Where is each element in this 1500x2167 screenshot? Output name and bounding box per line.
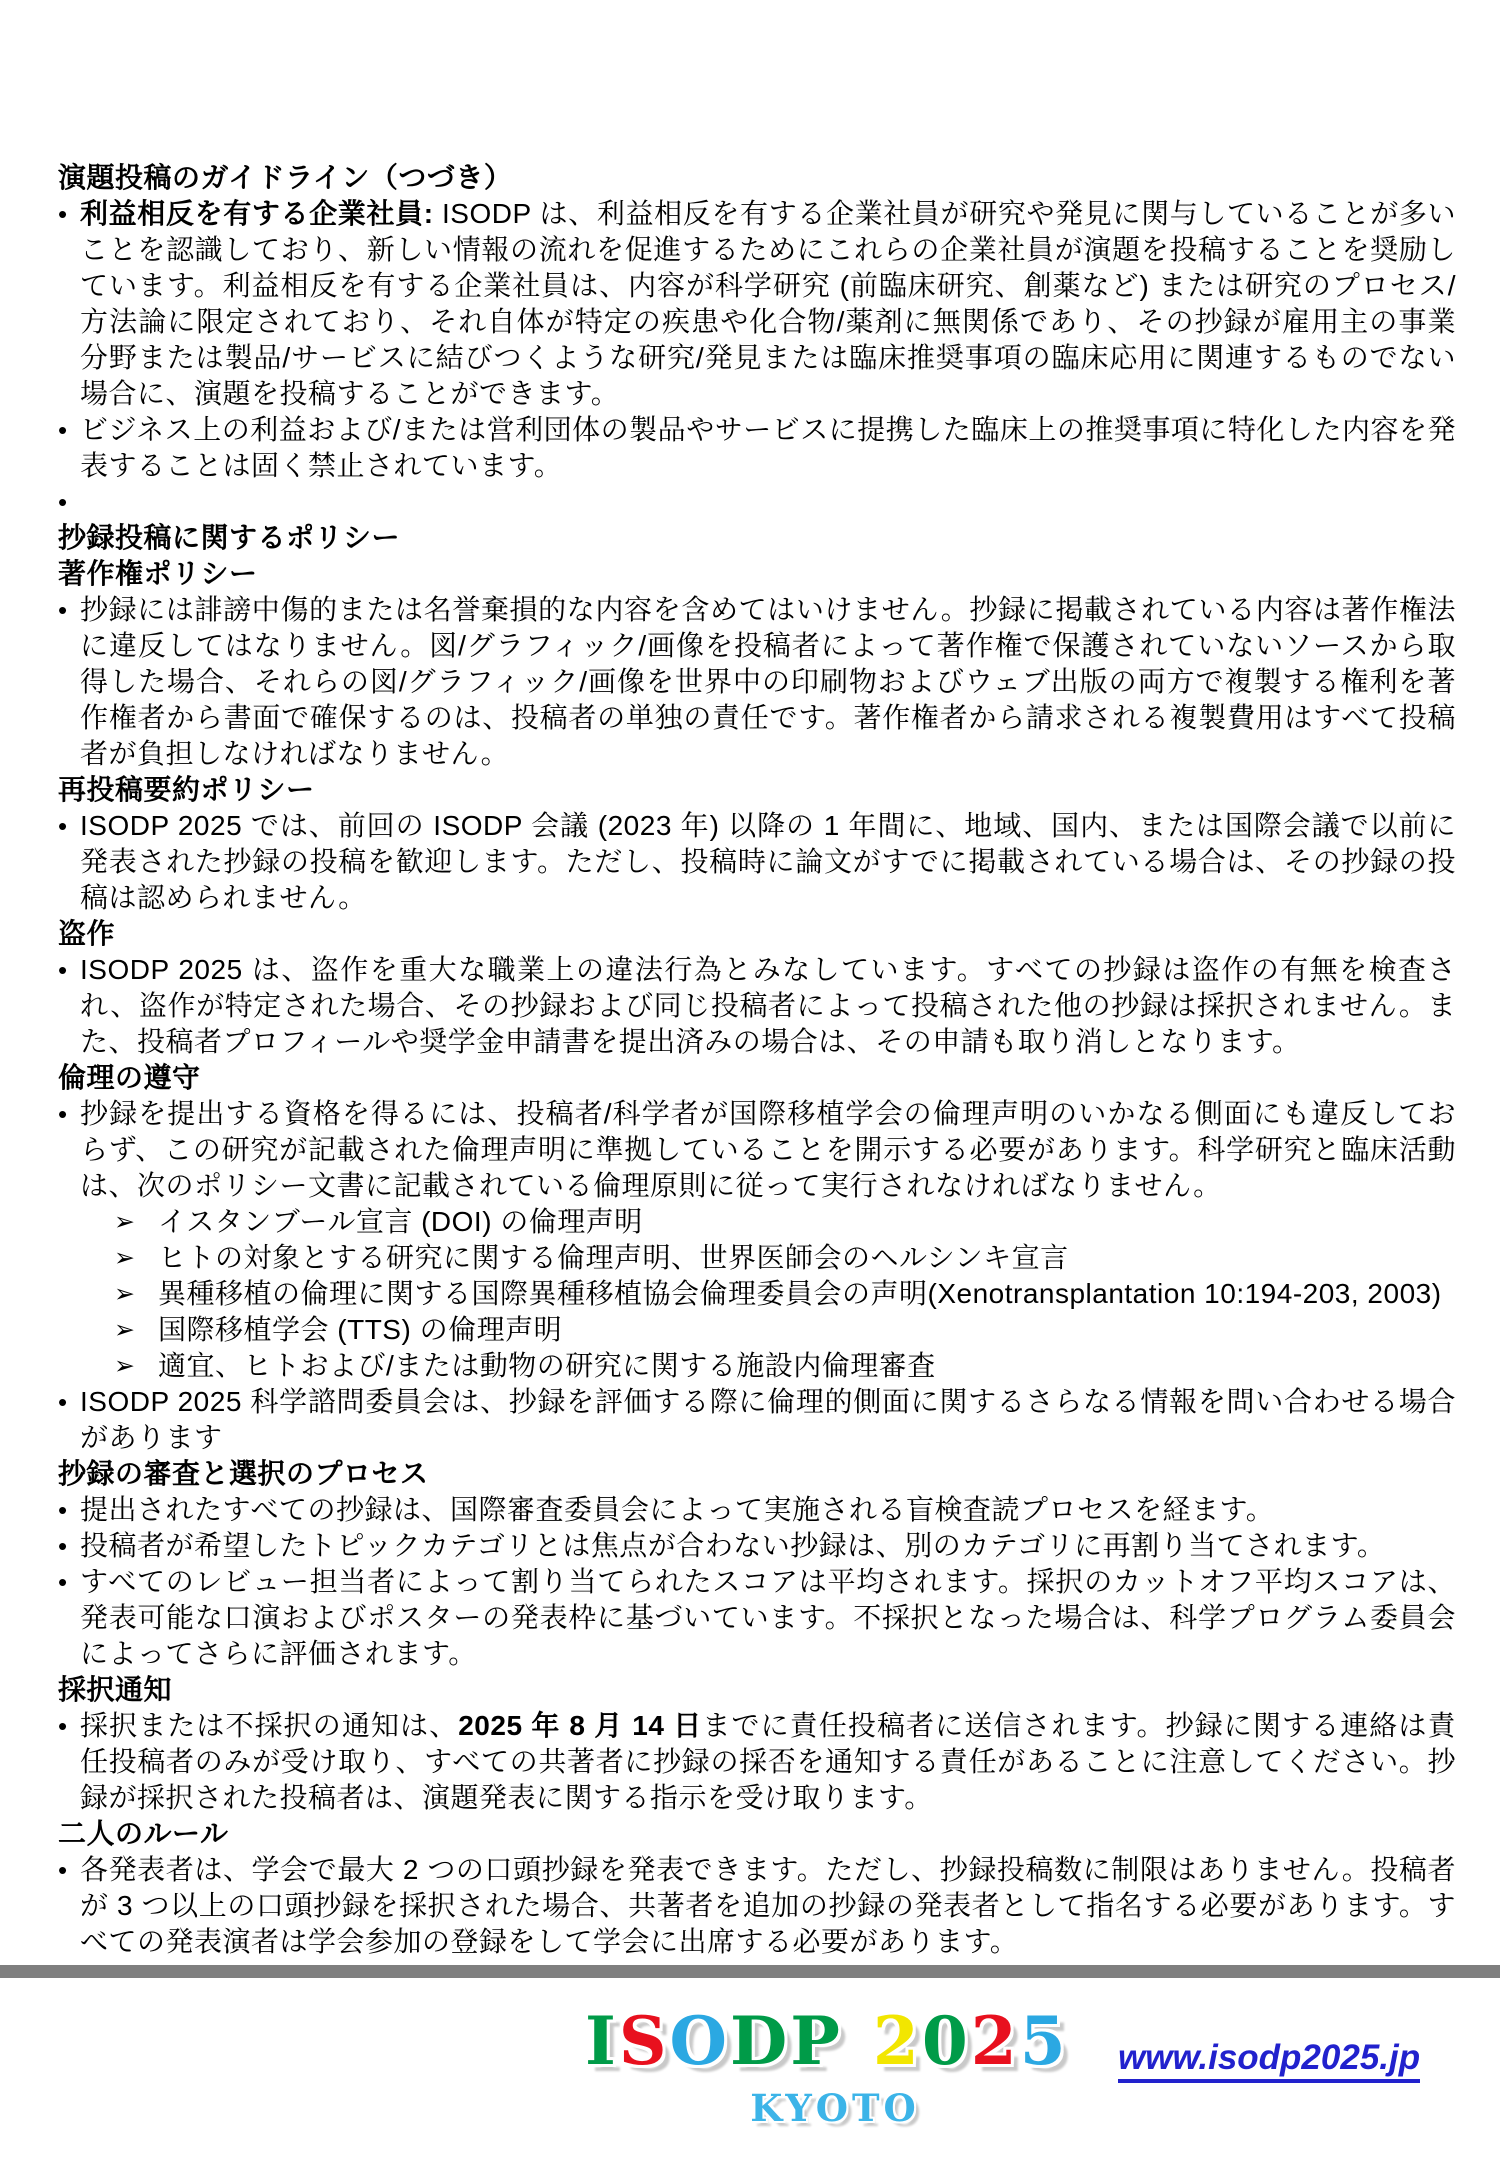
bullet-icon: • xyxy=(58,952,80,1060)
bullet-two-rule: • 各発表者は、学会で最大 2 つの口頭抄録を発表できます。ただし、抄録投稿数に… xyxy=(58,1852,1456,1960)
arrow-text: 異種移植の倫理に関する国際異種移植協会倫理委員会の声明(Xenotranspla… xyxy=(158,1276,1456,1312)
bullet-ethics-note: • ISODP 2025 科学諮問委員会は、抄録を評価する際に倫理的側面に関する… xyxy=(58,1384,1456,1456)
logo-letter: 2 xyxy=(971,2002,1020,2080)
heading-abstract-policy: 抄録投稿に関するポリシー xyxy=(58,520,1456,556)
heading-ethics: 倫理の遵守 xyxy=(58,1060,1456,1096)
heading-copyright: 著作権ポリシー xyxy=(58,556,1456,592)
arrow-item-istanbul: ➢ イスタンブール宣言 (DOI) の倫理声明 xyxy=(114,1204,1456,1240)
bullet-text: 利益相反を有する企業社員: ISODP は、利益相反を有する企業社員が研究や発見… xyxy=(80,196,1456,412)
document-page: 演題投稿のガイドライン（つづき） • 利益相反を有する企業社員: ISODP は… xyxy=(0,0,1500,2167)
bullet-text: すべてのレビュー担当者によって割り当てられたスコアは平均されます。採択のカットオ… xyxy=(80,1564,1456,1672)
bullet-icon: • xyxy=(58,592,80,772)
divider-bar xyxy=(0,1965,1500,1978)
heading-resubmission: 再投稿要約ポリシー xyxy=(58,772,1456,808)
arrow-text: 適宜、ヒトおよび/または動物の研究に関する施設内倫理審査 xyxy=(158,1348,1456,1384)
coi-lead: 利益相反を有する企業社員: xyxy=(80,198,434,229)
arrow-item-xeno: ➢ 異種移植の倫理に関する国際異種移植協会倫理委員会の声明(Xenotransp… xyxy=(114,1276,1456,1312)
arrow-icon: ➢ xyxy=(114,1204,158,1240)
bullet-icon: • xyxy=(58,1528,80,1564)
document-body: 演題投稿のガイドライン（つづき） • 利益相反を有する企業社員: ISODP は… xyxy=(58,160,1456,1960)
logo-letter: P xyxy=(790,2002,843,2080)
arrow-icon: ➢ xyxy=(114,1312,158,1348)
isodp-2025-logo: ISODP2025 xyxy=(585,2002,1085,2080)
bullet-text: 抄録には誹謗中傷的または名誉棄損的な内容を含めてはいけません。抄録に掲載されてい… xyxy=(80,592,1456,772)
bullet-text: 提出されたすべての抄録は、国際審査委員会によって実施される盲検査読プロセスを経ま… xyxy=(80,1492,1456,1528)
logo-letter: S xyxy=(619,2002,670,2080)
heading-two-rule: 二人のルール xyxy=(58,1816,1456,1852)
bullet-coi: • 利益相反を有する企業社員: ISODP は、利益相反を有する企業社員が研究や… xyxy=(58,196,1456,412)
logo-letter: O xyxy=(670,2002,731,2080)
bullet-text: ISODP 2025 は、盗作を重大な職業上の違法行為とみなしています。すべての… xyxy=(80,952,1456,1060)
bullet-resubmission: • ISODP 2025 では、前回の ISODP 会議 (2023 年) 以降… xyxy=(58,808,1456,916)
logo-letter: 5 xyxy=(1020,2002,1069,2080)
logo-letter: I xyxy=(585,2002,619,2080)
notification-date: 2025 年 8 月 14 日 xyxy=(458,1710,702,1741)
arrow-item-tts: ➢ 国際移植学会 (TTS) の倫理声明 xyxy=(114,1312,1456,1348)
heading-guidelines: 演題投稿のガイドライン（つづき） xyxy=(58,160,1456,196)
bullet-icon: • xyxy=(58,196,80,412)
logo-letter: 0 xyxy=(922,2002,971,2080)
bullet-review-1: • 提出されたすべての抄録は、国際審査委員会によって実施される盲検査読プロセスを… xyxy=(58,1492,1456,1528)
bullet-text: 各発表者は、学会で最大 2 つの口頭抄録を発表できます。ただし、抄録投稿数に制限… xyxy=(80,1852,1456,1960)
kyoto-label: KYOTO xyxy=(585,2086,1085,2130)
bullet-copyright: • 抄録には誹謗中傷的または名誉棄損的な内容を含めてはいけません。抄録に掲載され… xyxy=(58,592,1456,772)
bullet-text: ISODP 2025 科学諮問委員会は、抄録を評価する際に倫理的側面に関するさら… xyxy=(80,1384,1456,1456)
logo-letter: 2 xyxy=(873,2002,922,2080)
bullet-ethics: • 抄録を提出する資格を得るには、投稿者/科学者が国際移植学会の倫理声明のいかな… xyxy=(58,1096,1456,1204)
heading-plagiarism: 盗作 xyxy=(58,916,1456,952)
bullet-review-3: • すべてのレビュー担当者によって割り当てられたスコアは平均されます。採択のカッ… xyxy=(58,1564,1456,1672)
bullet-icon: • xyxy=(58,484,80,520)
bullet-notification: • 採択または不採択の通知は、2025 年 8 月 14 日までに責任投稿者に送… xyxy=(58,1708,1456,1816)
arrow-icon: ➢ xyxy=(114,1240,158,1276)
bullet-empty: • xyxy=(58,484,1456,520)
arrow-text: ヒトの対象とする研究に関する倫理声明、世界医師会のヘルシンキ宣言 xyxy=(158,1240,1456,1276)
coi-text: ISODP は、利益相反を有する企業社員が研究や発見に関与していることが多いこと… xyxy=(80,198,1456,409)
bullet-text: 採択または不採択の通知は、2025 年 8 月 14 日までに責任投稿者に送信さ… xyxy=(80,1708,1456,1816)
arrow-text: 国際移植学会 (TTS) の倫理声明 xyxy=(158,1312,1456,1348)
bullet-icon: • xyxy=(58,1564,80,1672)
bullet-text: ISODP 2025 では、前回の ISODP 会議 (2023 年) 以降の … xyxy=(80,808,1456,916)
bullet-icon: • xyxy=(58,1096,80,1204)
site-link[interactable]: www.isodp2025.jp xyxy=(1118,2038,1420,2083)
kyoto-text: KYOTO xyxy=(750,2086,920,2130)
bullet-plagiarism: • ISODP 2025 は、盗作を重大な職業上の違法行為とみなしています。すべ… xyxy=(58,952,1456,1060)
notification-pre: 採択または不採択の通知は、 xyxy=(80,1710,458,1741)
bullet-business: • ビジネス上の利益および/または営利団体の製品やサービスに提携した臨床上の推奨… xyxy=(58,412,1456,484)
logo-letter: D xyxy=(730,2002,790,2080)
bullet-icon: • xyxy=(58,1384,80,1456)
arrow-item-irb: ➢ 適宜、ヒトおよび/または動物の研究に関する施設内倫理審査 xyxy=(114,1348,1456,1384)
bullet-icon: • xyxy=(58,412,80,484)
bullet-text: 投稿者が希望したトピックカテゴリとは焦点が合わない抄録は、別のカテゴリに再割り当… xyxy=(80,1528,1456,1564)
arrow-text: イスタンブール宣言 (DOI) の倫理声明 xyxy=(158,1204,1456,1240)
arrow-item-helsinki: ➢ ヒトの対象とする研究に関する倫理声明、世界医師会のヘルシンキ宣言 xyxy=(114,1240,1456,1276)
bullet-icon: • xyxy=(58,808,80,916)
bullet-text xyxy=(80,484,1456,520)
heading-notification: 採択通知 xyxy=(58,1672,1456,1708)
arrow-icon: ➢ xyxy=(114,1348,158,1384)
bullet-icon: • xyxy=(58,1492,80,1528)
bullet-text: 抄録を提出する資格を得るには、投稿者/科学者が国際移植学会の倫理声明のいかなる側… xyxy=(80,1096,1456,1204)
bullet-text: ビジネス上の利益および/または営利団体の製品やサービスに提携した臨床上の推奨事項… xyxy=(80,412,1456,484)
bullet-icon: • xyxy=(58,1852,80,1960)
bullet-icon: • xyxy=(58,1708,80,1816)
arrow-icon: ➢ xyxy=(114,1276,158,1312)
heading-review: 抄録の審査と選択のプロセス xyxy=(58,1456,1456,1492)
bullet-review-2: • 投稿者が希望したトピックカテゴリとは焦点が合わない抄録は、別のカテゴリに再割… xyxy=(58,1528,1456,1564)
